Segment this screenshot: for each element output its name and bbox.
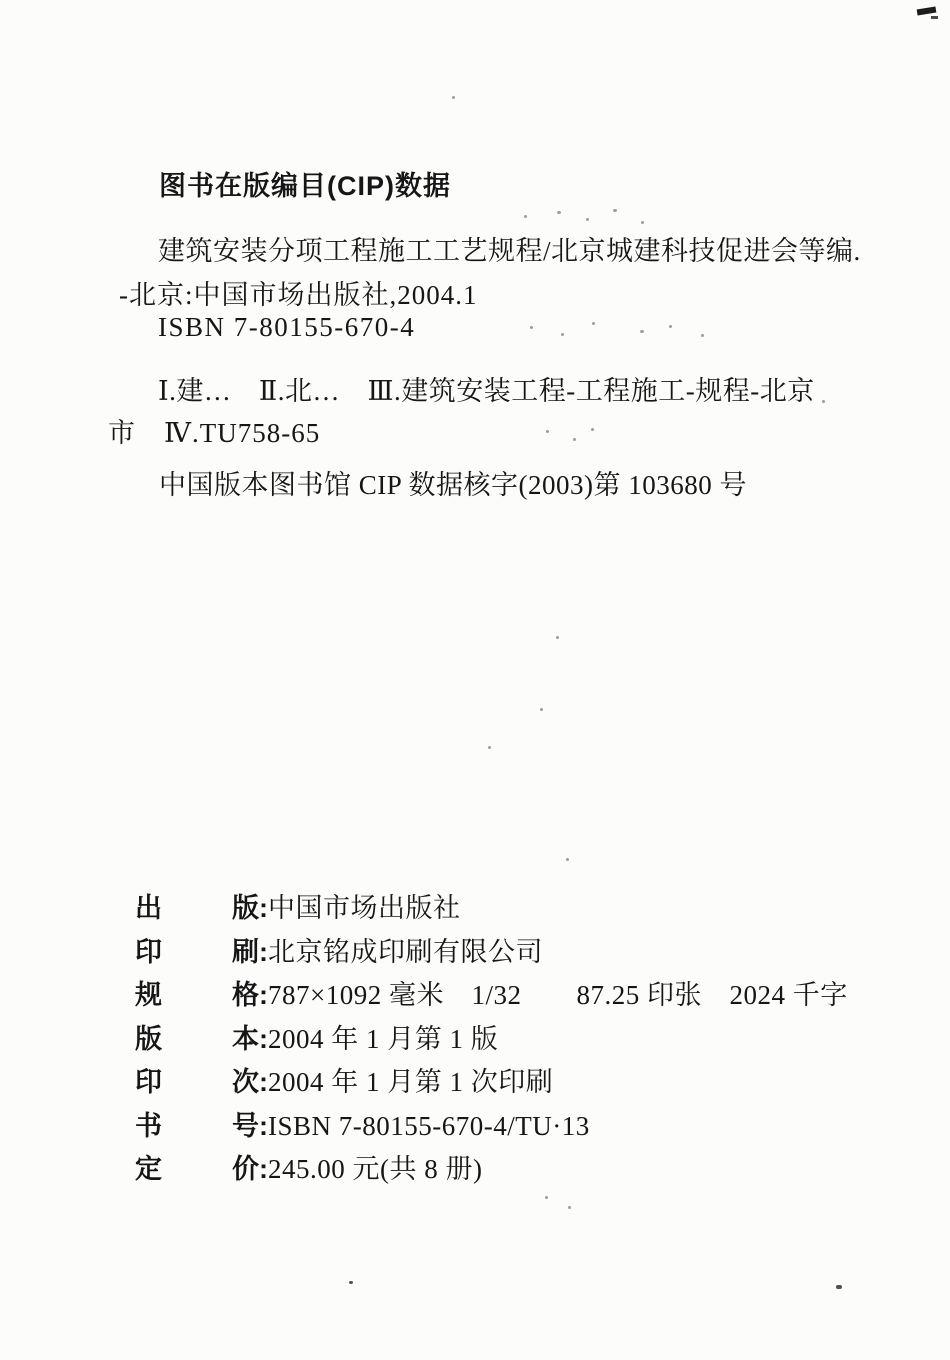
colophon-label: 印 — [135, 1060, 232, 1099]
colophon-label: 印 — [135, 930, 232, 969]
scan-noise — [557, 211, 561, 214]
scan-noise — [836, 1285, 842, 1289]
scan-noise — [349, 1281, 353, 1284]
colophon-label: 书 — [135, 1104, 232, 1143]
colophon-label: 规 — [135, 973, 232, 1012]
colophon-row-printer: 印刷:北京铭成印刷有限公司 — [135, 930, 848, 974]
scan-noise — [545, 1196, 548, 1199]
scan-noise — [592, 322, 595, 325]
colophon-value: 2004 年 1 月第 1 版 — [268, 1017, 498, 1056]
cip-header: 图书在版编目(CIP)数据 — [159, 164, 451, 203]
scan-noise — [586, 218, 589, 221]
colophon-value: 北京铭成印刷有限公司 — [268, 930, 543, 969]
scan-noise — [561, 333, 564, 336]
scan-noise — [546, 430, 549, 433]
colophon-key: 格: — [232, 973, 268, 1012]
scan-noise — [566, 858, 569, 861]
colophon-block: 出版:中国市场出版社 印刷:北京铭成印刷有限公司 规格:787×1092 毫米 … — [135, 886, 848, 1191]
colophon-label: 定 — [135, 1147, 232, 1186]
colophon-label: 版 — [135, 1017, 232, 1056]
colophon-value: 245.00 元(共 8 册) — [268, 1147, 482, 1186]
scan-smudge-top-right-dot — [931, 16, 938, 19]
colophon-key: 本: — [232, 1017, 268, 1056]
colophon-key: 版: — [232, 886, 268, 925]
colophon-row-price: 定价:245.00 元(共 8 册) — [135, 1147, 848, 1191]
colophon-value: 中国市场出版社 — [268, 886, 461, 925]
scan-noise — [540, 708, 543, 711]
colophon-key: 次: — [232, 1060, 268, 1099]
scan-noise — [573, 438, 576, 441]
book-copyright-page: 图书在版编目(CIP)数据 建筑安装分项工程施工工艺规程/北京城建科技促进会等编… — [0, 0, 950, 1360]
colophon-row-printing: 印次:2004 年 1 月第 1 次印刷 — [135, 1060, 848, 1104]
isbn-line: ISBN 7-80155-670-4 — [158, 312, 415, 343]
cip-entry-line2: -北京:中国市场出版社,2004.1 — [119, 273, 478, 312]
scan-noise — [641, 221, 644, 224]
cip-entry-line1: 建筑安装分项工程施工工艺规程/北京城建科技促进会等编. — [158, 229, 861, 268]
scan-noise — [530, 326, 533, 329]
scan-noise — [701, 334, 704, 337]
scan-noise — [613, 209, 617, 212]
colophon-key: 号: — [232, 1104, 268, 1143]
colophon-row-publisher: 出版:中国市场出版社 — [135, 886, 848, 930]
scan-noise — [640, 330, 644, 333]
cip-record-number: 中国版本图书馆 CIP 数据核字(2003)第 103680 号 — [159, 463, 747, 502]
colophon-value: ISBN 7-80155-670-4/TU·13 — [268, 1111, 590, 1142]
colophon-row-edition: 版本:2004 年 1 月第 1 版 — [135, 1017, 848, 1061]
colophon-row-format: 规格:787×1092 毫米 1/32 87.25 印张 2024 千字 — [135, 973, 848, 1017]
scan-noise — [452, 96, 455, 99]
colophon-row-book-number: 书号:ISBN 7-80155-670-4/TU·13 — [135, 1104, 848, 1148]
colophon-value: 787×1092 毫米 1/32 87.25 印张 2024 千字 — [268, 973, 848, 1012]
scan-noise — [568, 1206, 571, 1209]
scan-smudge-top-right — [917, 7, 937, 16]
cip-classification-line1: Ⅰ.建… Ⅱ.北… Ⅲ.建筑安装工程-工程施工-规程-北京 — [158, 369, 815, 408]
scan-noise — [488, 746, 491, 749]
colophon-key: 刷: — [232, 930, 268, 969]
colophon-key: 价: — [232, 1147, 268, 1186]
colophon-value: 2004 年 1 月第 1 次印刷 — [268, 1060, 553, 1099]
scan-noise — [524, 215, 527, 218]
scan-noise — [591, 428, 594, 431]
colophon-label: 出 — [135, 886, 232, 925]
scan-noise — [822, 400, 825, 403]
cip-classification-line2: 市 Ⅳ.TU758-65 — [108, 411, 320, 450]
scan-noise — [556, 636, 559, 639]
scan-noise — [669, 325, 672, 328]
